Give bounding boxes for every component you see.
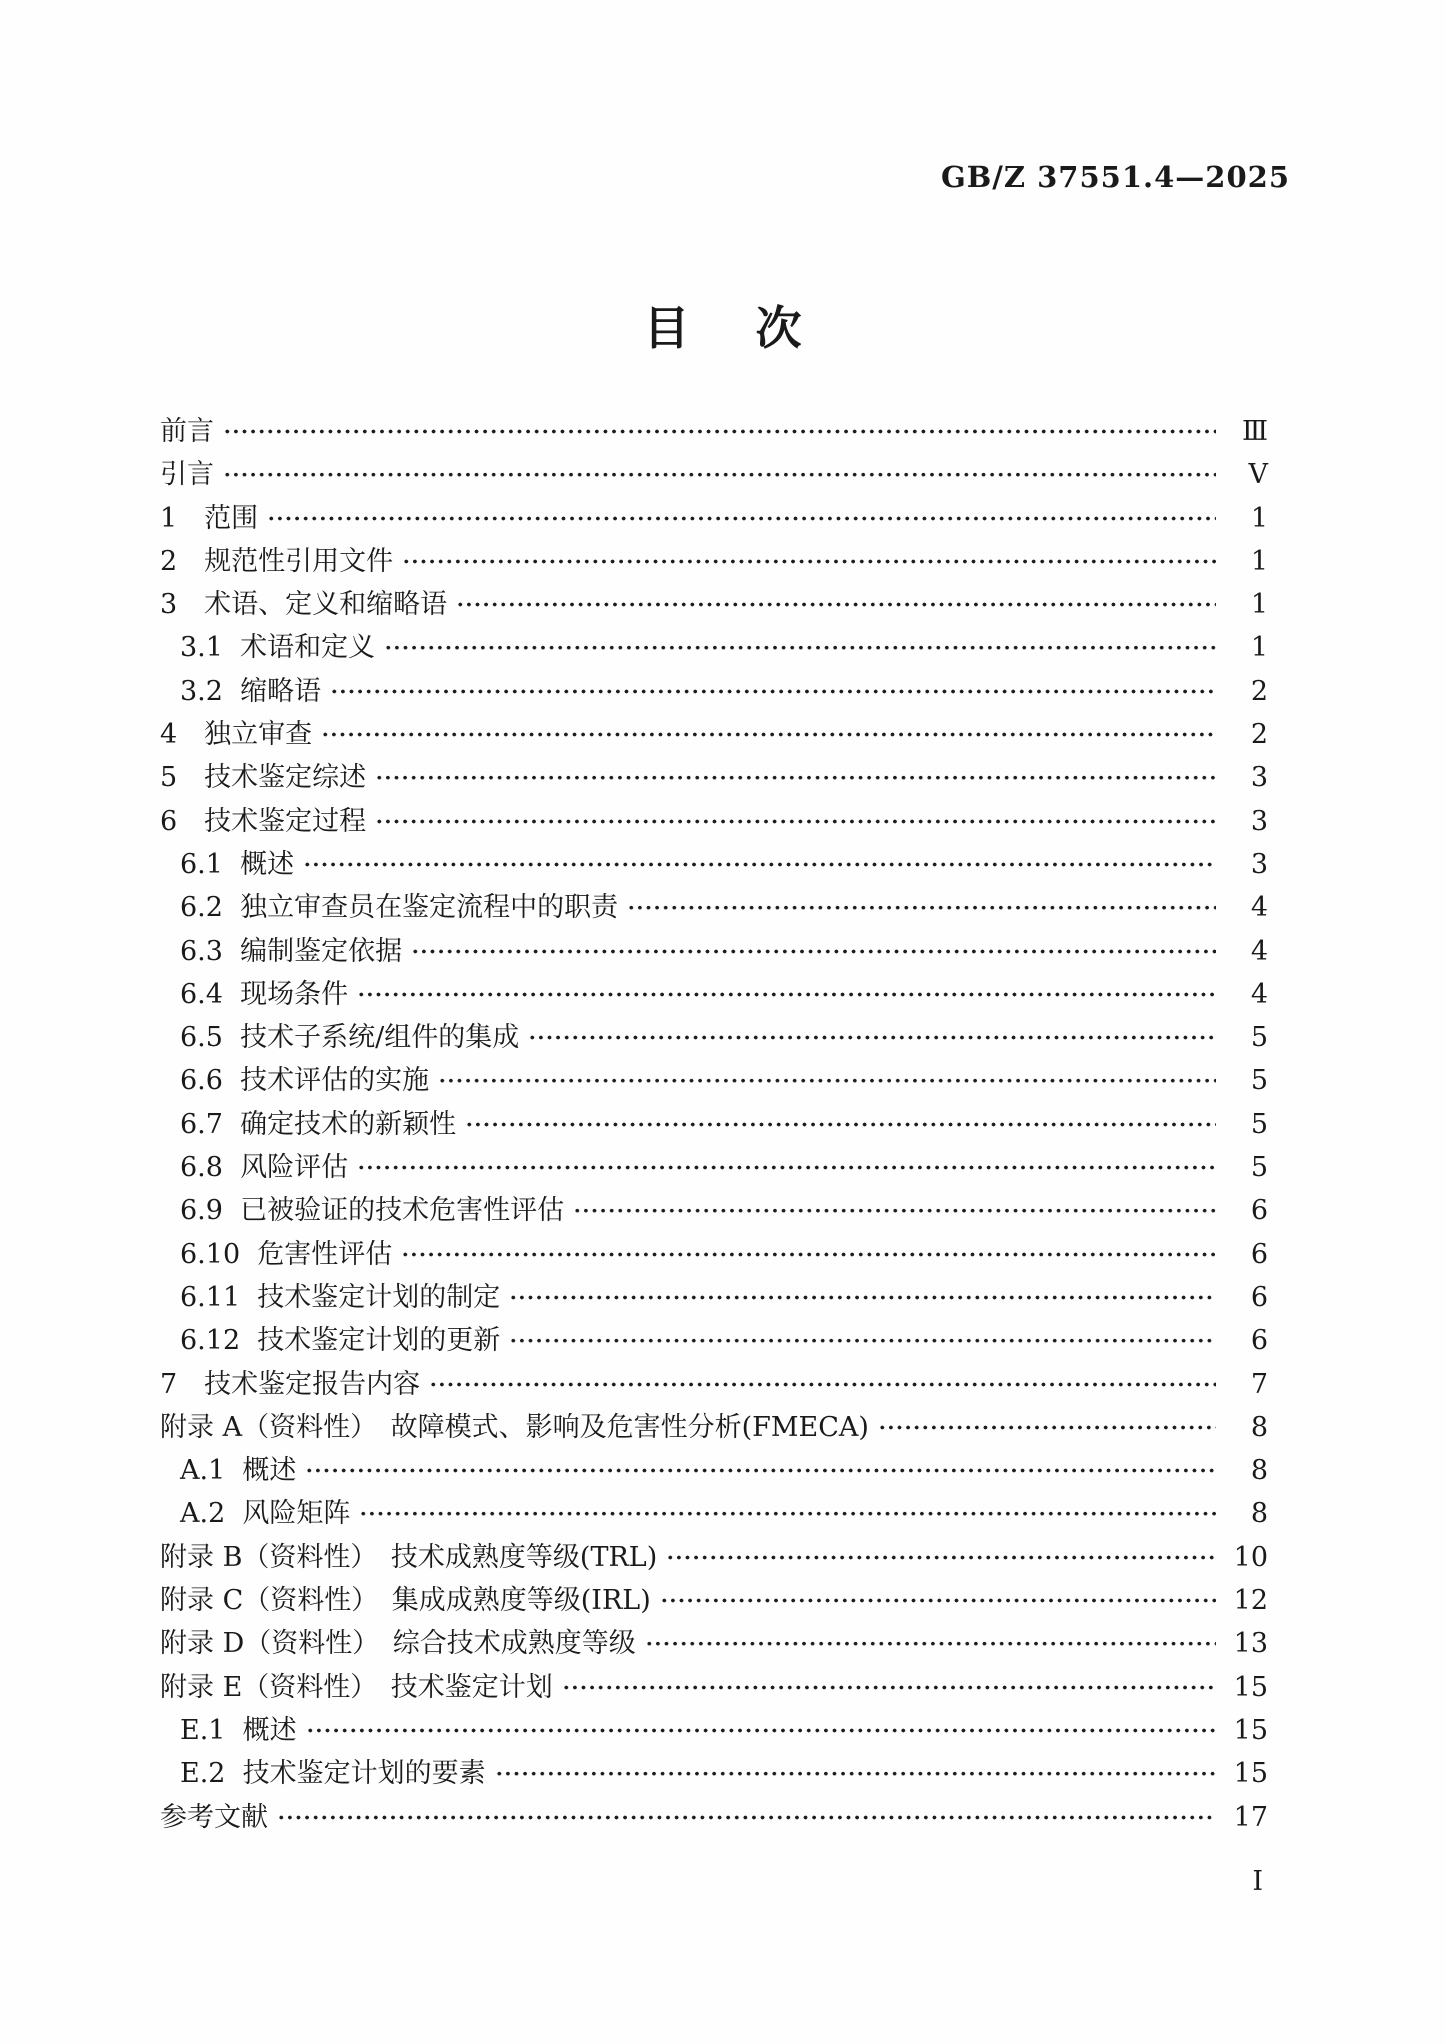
toc-entry-page: 1: [1224, 540, 1268, 583]
dot-leader: [384, 626, 1216, 669]
dot-leader: [359, 1492, 1216, 1535]
dot-leader: [321, 713, 1216, 756]
toc-entry-label: E.1 概述: [180, 1709, 297, 1752]
toc-entry: 附录 C（资料性） 集成成熟度等级(IRL)12: [160, 1579, 1268, 1622]
toc-entry-label: 2 规范性引用文件: [160, 540, 393, 583]
toc-entry-page: 6: [1224, 1233, 1268, 1276]
dot-leader: [509, 1276, 1216, 1319]
toc-entry-label: 7 技术鉴定报告内容: [160, 1363, 420, 1406]
toc-entry-label: 6.10 危害性评估: [180, 1233, 392, 1276]
dot-leader: [402, 540, 1216, 583]
toc-entry-page: 1: [1224, 497, 1268, 540]
toc-entry-page: Ⅴ: [1224, 453, 1268, 496]
toc-entry-page: 3: [1224, 800, 1268, 843]
toc-entry: 附录 A（资料性） 故障模式、影响及危害性分析(FMECA)8: [160, 1406, 1268, 1449]
toc-entry-page: 8: [1224, 1449, 1268, 1492]
dot-leader: [330, 670, 1216, 713]
toc-entry: E.2 技术鉴定计划的要素15: [160, 1752, 1268, 1795]
toc-entry: 6.6 技术评估的实施5: [160, 1059, 1268, 1102]
dot-leader: [303, 843, 1216, 886]
toc-entry-page: 5: [1224, 1103, 1268, 1146]
dot-leader: [429, 1363, 1216, 1406]
toc-entry: 引言Ⅴ: [160, 453, 1268, 496]
toc-entry-page: 3: [1224, 843, 1268, 886]
toc-entry-page: 4: [1224, 930, 1268, 973]
toc-entry-page: 1: [1224, 583, 1268, 626]
toc-list: 前言Ⅲ引言Ⅴ1 范围12 规范性引用文件13 术语、定义和缩略语13.1 术语和…: [160, 410, 1268, 1839]
toc-entry-label: 附录 C（资料性） 集成成熟度等级(IRL): [160, 1579, 651, 1622]
dot-leader: [456, 583, 1216, 626]
toc-entry-page: 6: [1224, 1189, 1268, 1232]
toc-entry-page: 13: [1224, 1622, 1268, 1665]
toc-entry: 4 独立审查2: [160, 713, 1268, 756]
toc-entry-page: 8: [1224, 1492, 1268, 1535]
toc-entry-page: 4: [1224, 973, 1268, 1016]
toc-entry: A.1 概述8: [160, 1449, 1268, 1492]
dot-leader: [627, 886, 1216, 929]
dot-leader: [305, 1449, 1216, 1492]
toc-entry-label: 6.5 技术子系统/组件的集成: [180, 1016, 519, 1059]
toc-entry: 附录 D（资料性） 综合技术成熟度等级13: [160, 1622, 1268, 1665]
toc-entry-page: 4: [1224, 886, 1268, 929]
page-title: 目 次: [0, 292, 1445, 358]
toc-entry-page: 2: [1224, 713, 1268, 756]
dot-leader: [357, 1146, 1216, 1189]
toc-entry-label: 6.11 技术鉴定计划的制定: [180, 1276, 500, 1319]
toc-entry-label: 6.4 现场条件: [180, 973, 348, 1016]
toc-entry-label: 附录 B（资料性） 技术成熟度等级(TRL): [160, 1536, 657, 1579]
dot-leader: [573, 1189, 1216, 1232]
folio-page-number: Ⅰ: [1252, 1866, 1263, 1897]
toc-entry-label: 附录 A（资料性） 故障模式、影响及危害性分析(FMECA): [160, 1406, 869, 1449]
toc-entry: 6 技术鉴定过程3: [160, 800, 1268, 843]
doc-code: GB/Z 37551.4—2025: [941, 160, 1290, 194]
dot-leader: [660, 1579, 1216, 1622]
toc-entry-page: 15: [1224, 1752, 1268, 1795]
toc-entry: A.2 风险矩阵8: [160, 1492, 1268, 1535]
toc-entry-page: 5: [1224, 1016, 1268, 1059]
toc-entry-page: 5: [1224, 1059, 1268, 1102]
toc-entry-label: 3.1 术语和定义: [180, 626, 375, 669]
toc-entry-label: 6.7 确定技术的新颖性: [180, 1103, 456, 1146]
dot-leader: [411, 930, 1216, 973]
toc-entry-label: 5 技术鉴定综述: [160, 756, 366, 799]
toc-entry: 6.4 现场条件4: [160, 973, 1268, 1016]
toc-entry-page: 3: [1224, 756, 1268, 799]
toc-entry: 附录 B（资料性） 技术成熟度等级(TRL)10: [160, 1536, 1268, 1579]
toc-entry: 6.9 已被验证的技术危害性评估6: [160, 1189, 1268, 1232]
toc-entry-page: 10: [1224, 1536, 1268, 1579]
toc-entry: 7 技术鉴定报告内容7: [160, 1363, 1268, 1406]
dot-leader: [528, 1016, 1216, 1059]
toc-entry: 6.10 危害性评估6: [160, 1233, 1268, 1276]
toc-entry: 6.7 确定技术的新颖性5: [160, 1103, 1268, 1146]
dot-leader: [878, 1406, 1216, 1449]
toc-entry-page: 5: [1224, 1146, 1268, 1189]
dot-leader: [375, 756, 1216, 799]
toc-entry: E.1 概述15: [160, 1709, 1268, 1752]
toc-entry-label: A.2 风险矩阵: [180, 1492, 350, 1535]
dot-leader: [666, 1536, 1216, 1579]
dot-leader: [277, 1796, 1216, 1839]
toc-entry-page: Ⅲ: [1224, 410, 1268, 453]
toc-entry-page: 15: [1224, 1709, 1268, 1752]
toc-entry-page: 6: [1224, 1276, 1268, 1319]
toc-entry-page: 7: [1224, 1363, 1268, 1406]
dot-leader: [401, 1233, 1216, 1276]
toc-entry: 2 规范性引用文件1: [160, 540, 1268, 583]
dot-leader: [465, 1103, 1216, 1146]
toc-entry: 5 技术鉴定综述3: [160, 756, 1268, 799]
toc-entry-label: 引言: [160, 453, 214, 496]
toc-entry-label: 6.12 技术鉴定计划的更新: [180, 1319, 500, 1362]
dot-leader: [562, 1666, 1216, 1709]
toc-entry-label: 参考文献: [160, 1796, 268, 1839]
dot-leader: [645, 1622, 1216, 1665]
dot-leader: [509, 1319, 1216, 1362]
toc-entry: 前言Ⅲ: [160, 410, 1268, 453]
toc-entry: 6.12 技术鉴定计划的更新6: [160, 1319, 1268, 1362]
toc-entry-page: 6: [1224, 1319, 1268, 1362]
toc-entry-label: 6.3 编制鉴定依据: [180, 930, 402, 973]
toc-entry: 6.8 风险评估5: [160, 1146, 1268, 1189]
toc-entry-label: 1 范围: [160, 497, 258, 540]
document-page: GB/Z 37551.4—2025 目 次 前言Ⅲ引言Ⅴ1 范围12 规范性引用…: [0, 0, 1445, 2044]
toc-entry-label: 6 技术鉴定过程: [160, 800, 366, 843]
dot-leader: [223, 410, 1216, 453]
toc-entry-label: 6.8 风险评估: [180, 1146, 348, 1189]
toc-entry-label: E.2 技术鉴定计划的要素: [180, 1752, 486, 1795]
toc-entry-label: 6.9 已被验证的技术危害性评估: [180, 1189, 564, 1232]
dot-leader: [267, 497, 1216, 540]
toc-entry-label: 前言: [160, 410, 214, 453]
toc-entry-label: 附录 D（资料性） 综合技术成熟度等级: [160, 1622, 636, 1665]
toc-entry: 参考文献17: [160, 1796, 1268, 1839]
toc-entry: 3.1 术语和定义1: [160, 626, 1268, 669]
toc-entry-page: 8: [1224, 1406, 1268, 1449]
toc-entry-label: 6.6 技术评估的实施: [180, 1059, 429, 1102]
dot-leader: [223, 453, 1216, 496]
toc-entry-page: 1: [1224, 626, 1268, 669]
dot-leader: [306, 1709, 1216, 1752]
dot-leader: [438, 1059, 1216, 1102]
toc-entry-label: A.1 概述: [180, 1449, 296, 1492]
toc-entry-page: 15: [1224, 1666, 1268, 1709]
toc-entry: 6.11 技术鉴定计划的制定6: [160, 1276, 1268, 1319]
dot-leader: [495, 1752, 1216, 1795]
toc-entry: 3 术语、定义和缩略语1: [160, 583, 1268, 626]
toc-entry-label: 附录 E（资料性） 技术鉴定计划: [160, 1666, 553, 1709]
dot-leader: [375, 800, 1216, 843]
toc-entry: 6.1 概述3: [160, 843, 1268, 886]
toc-entry: 1 范围1: [160, 497, 1268, 540]
toc-entry-label: 6.1 概述: [180, 843, 294, 886]
toc-entry-page: 2: [1224, 670, 1268, 713]
toc-entry: 附录 E（资料性） 技术鉴定计划15: [160, 1666, 1268, 1709]
toc-entry-page: 17: [1224, 1796, 1268, 1839]
toc-entry: 3.2 缩略语2: [160, 670, 1268, 713]
toc-entry-label: 6.2 独立审查员在鉴定流程中的职责: [180, 886, 618, 929]
toc-entry-label: 3.2 缩略语: [180, 670, 321, 713]
toc-entry-label: 4 独立审查: [160, 713, 312, 756]
toc-entry: 6.5 技术子系统/组件的集成5: [160, 1016, 1268, 1059]
toc-entry-label: 3 术语、定义和缩略语: [160, 583, 447, 626]
toc-entry-page: 12: [1224, 1579, 1268, 1622]
dot-leader: [357, 973, 1216, 1016]
toc-entry: 6.2 独立审查员在鉴定流程中的职责4: [160, 886, 1268, 929]
toc-entry: 6.3 编制鉴定依据4: [160, 930, 1268, 973]
